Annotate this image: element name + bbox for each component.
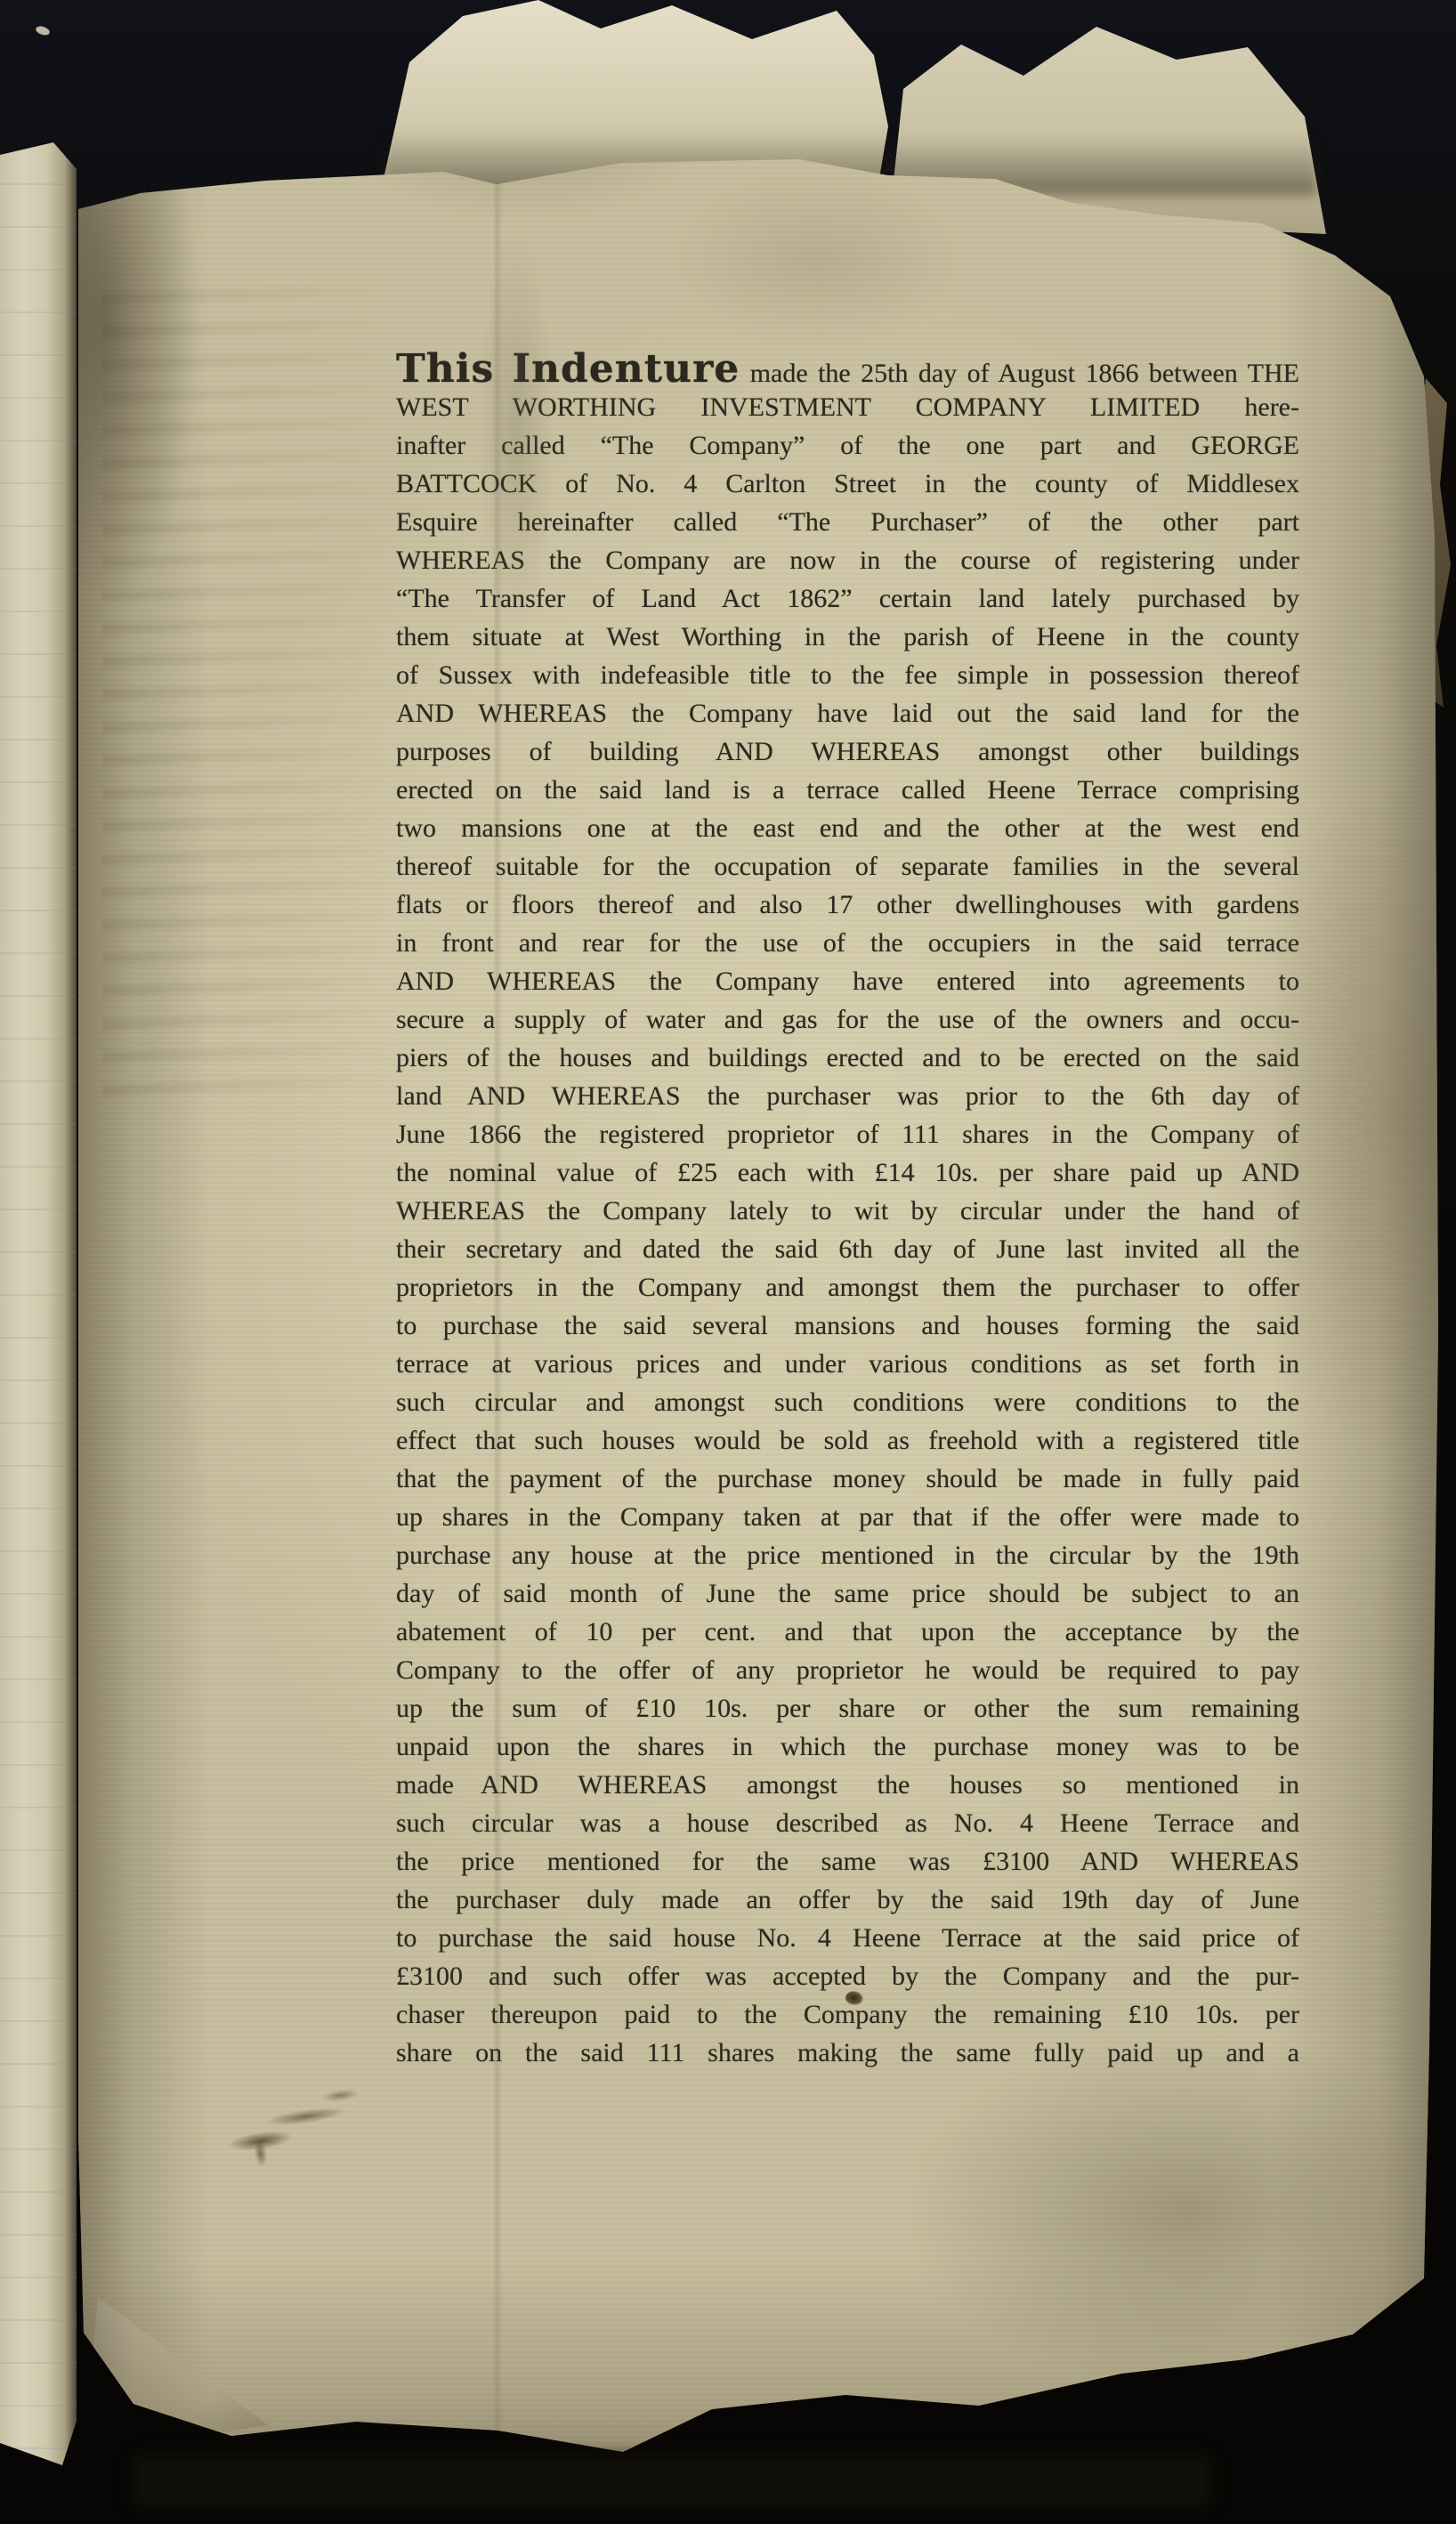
document-line: the nominal value of £25 each with £14 1…: [396, 1153, 1299, 1192]
document-line: erected on the said land is a terrace ca…: [396, 771, 1299, 809]
document-line: to purchase the said house No. 4 Heene T…: [396, 1919, 1299, 1957]
first-line-rest: made the 25th day of August 1866 between…: [750, 359, 1299, 388]
document-line: of Sussex with indefeasible title to the…: [396, 656, 1299, 694]
ink-smudge: [214, 2051, 388, 2188]
document-line: to purchase the said several mansions an…: [396, 1306, 1299, 1345]
document-line: terrace at various prices and under vari…: [396, 1345, 1299, 1383]
document-line: in front and rear for the use of the occ…: [396, 924, 1299, 962]
document-line: up the sum of £10 10s. per share or othe…: [396, 1689, 1299, 1727]
verso-showthrough: [101, 271, 422, 1099]
document-line: land AND WHEREAS the purchaser was prior…: [396, 1077, 1299, 1115]
document-body-lines: WEST WORTHING INVESTMENT COMPANY LIMITED…: [396, 388, 1299, 2072]
document-line: purposes of building AND WHEREAS amongst…: [396, 732, 1299, 771]
document-page: No. 476. Vol 9 p. 5. This Indenture made…: [78, 49, 1440, 2452]
document-line: piers of the houses and buildings erecte…: [396, 1039, 1299, 1077]
document-line: thereof suitable for the occupation of s…: [396, 847, 1299, 886]
document-line: AND WHEREAS the Company have laid out th…: [396, 694, 1299, 732]
page-bottom-shadow: [133, 2455, 1210, 2506]
document-line: proprietors in the Company and amongst t…: [396, 1268, 1299, 1306]
document-line: secure a supply of water and gas for the…: [396, 1000, 1299, 1039]
document-line: unpaid upon the shares in which the purc…: [396, 1727, 1299, 1766]
book-photo-background: No. 476. Vol 9 p. 5. This Indenture made…: [0, 0, 1456, 2524]
document-line: Esquire hereinafter called “The Purchase…: [396, 503, 1299, 541]
folded-corner: [85, 2245, 286, 2437]
document-line: their secretary and dated the said 6th d…: [396, 1230, 1299, 1268]
adjacent-page-edge: [0, 142, 77, 2465]
document-line: them situate at West Worthing in the par…: [396, 618, 1299, 656]
document-line: This Indenture made the 25th day of Augu…: [396, 350, 1299, 388]
document-line: WEST WORTHING INVESTMENT COMPANY LIMITED…: [396, 388, 1299, 426]
document-line: AND WHEREAS the Company have entered int…: [396, 962, 1299, 1000]
document-line: flats or floors thereof and also 17 othe…: [396, 886, 1299, 924]
document-line: day of said month of June the same price…: [396, 1574, 1299, 1613]
document-line: effect that such houses would be sold as…: [396, 1421, 1299, 1460]
document-line: June 1866 the registered proprietor of 1…: [396, 1115, 1299, 1153]
document-line: inafter called “The Company” of the one …: [396, 426, 1299, 465]
handwritten-document-number: No. 476.: [168, 81, 410, 167]
document-line: Company to the offer of any proprietor h…: [396, 1651, 1299, 1689]
document-line: WHEREAS the Company lately to wit by cir…: [396, 1192, 1299, 1230]
document-line: share on the said 111 shares making the …: [396, 2034, 1299, 2072]
document-line: abatement of 10 per cent. and that upon …: [396, 1613, 1299, 1651]
document-line: such circular and amongst such condition…: [396, 1383, 1299, 1421]
document-line: two mansions one at the east end and the…: [396, 809, 1299, 847]
doc-number-superscript: o.: [222, 99, 257, 138]
document-line: the price mentioned for the same was £31…: [396, 1842, 1299, 1881]
document-line: up shares in the Company taken at par th…: [396, 1498, 1299, 1536]
document-line: £3100 and such offer was accepted by the…: [396, 1957, 1299, 1995]
document-line: “The Transfer of Land Act 1862” certain …: [396, 579, 1299, 618]
document-line: BATTCOCK of No. 4 Carlton Street in the …: [396, 465, 1299, 503]
document-line: that the payment of the purchase money s…: [396, 1460, 1299, 1498]
document-line: made AND WHEREAS amongst the houses so m…: [396, 1766, 1299, 1804]
document-line: WHEREAS the Company are now in the cours…: [396, 541, 1299, 579]
document-line: purchase any house at the price mentione…: [396, 1536, 1299, 1574]
opening-words: This Indenture: [396, 346, 740, 392]
indenture-text: This Indenture made the 25th day of Augu…: [396, 350, 1299, 2072]
doc-number-prefix: N: [168, 97, 224, 167]
paper-speck: [35, 25, 51, 37]
document-line: the purchaser duly made an offer by the …: [396, 1881, 1299, 1919]
document-line: such circular was a house described as N…: [396, 1804, 1299, 1842]
